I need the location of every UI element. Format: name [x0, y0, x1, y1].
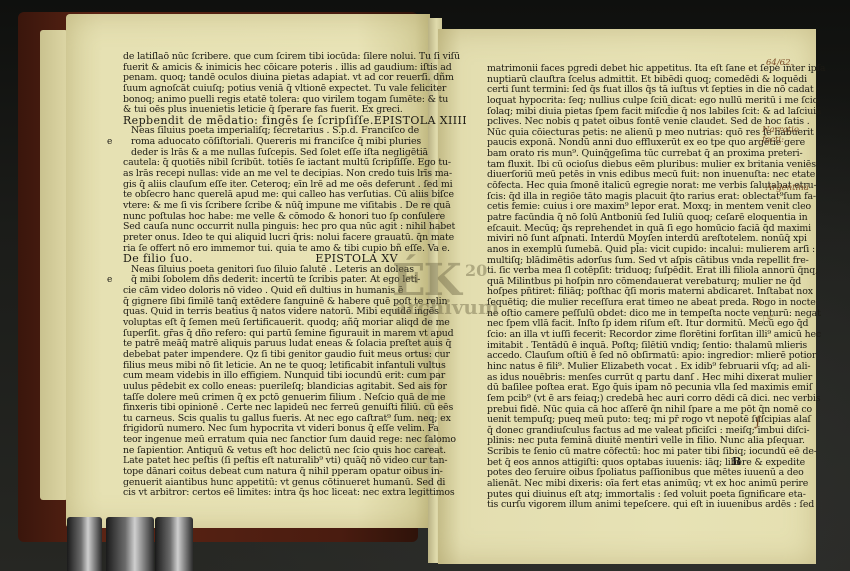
margin-note-argentina: Argentina — [766, 183, 809, 193]
folio-number-annotation: 64/62. — [766, 58, 793, 68]
squiggle-mark: ∫ — [754, 414, 761, 430]
text-line: anos in exemplū ſumebā. Quid pl̄a: vicit… — [487, 245, 825, 256]
text-line: eroma aduocato cōſiſtoriali. Quereris mi… — [123, 137, 460, 148]
squiggle-mark: ε — [757, 297, 762, 308]
text-line: ſuum agnoſcāt cuiuſq; potius veniā q̄ vl… — [123, 84, 460, 95]
guide-letter: e — [107, 137, 112, 148]
pointing-hand-icon: ☞ — [762, 311, 775, 327]
page-stack-edge — [40, 30, 68, 500]
book-clip — [106, 517, 154, 571]
text-line: debebat pater impendere. Qz ſi tibi geni… — [123, 350, 460, 361]
signature-mark: B — [732, 455, 741, 468]
text-line: loquat hypocrita: ſeq; nullius culpe ſci… — [487, 96, 825, 107]
text-line: cis vt arbitror: certos eē limites: intr… — [123, 488, 460, 499]
book-clip — [67, 517, 102, 571]
text-line: vtere: & me ſi vis ſcribere ſcribe & nūq… — [123, 201, 460, 212]
text-line: uulus pēdebit ex collo eneas: puerileſq;… — [123, 382, 460, 393]
text-line: preter onus. Ideo te qui aliquid lucri q… — [123, 233, 460, 244]
text-line: eq̄ mibi ſobolem dñs dederit: incertū te… — [123, 275, 460, 286]
text-line: ſem pcib⁹ (vt ē ars feiaq;) credebā hec … — [487, 394, 825, 405]
left-page-text: de latiſlaō nūc ſcribere. que cum ſcirem… — [123, 52, 460, 499]
text-line: hinc natus ē fili⁹. Mulier Elizabeth voc… — [487, 362, 825, 373]
text-line: tis curſu vigorem illum animi tepeſcere.… — [487, 500, 825, 511]
guide-letter: e — [107, 275, 112, 286]
margin-note-narratio: Narratio facti: — [762, 125, 822, 145]
text-line: patre facūndia q̄ nō ſolū Antboniū ſed I… — [487, 213, 825, 224]
book-clip — [155, 517, 193, 571]
